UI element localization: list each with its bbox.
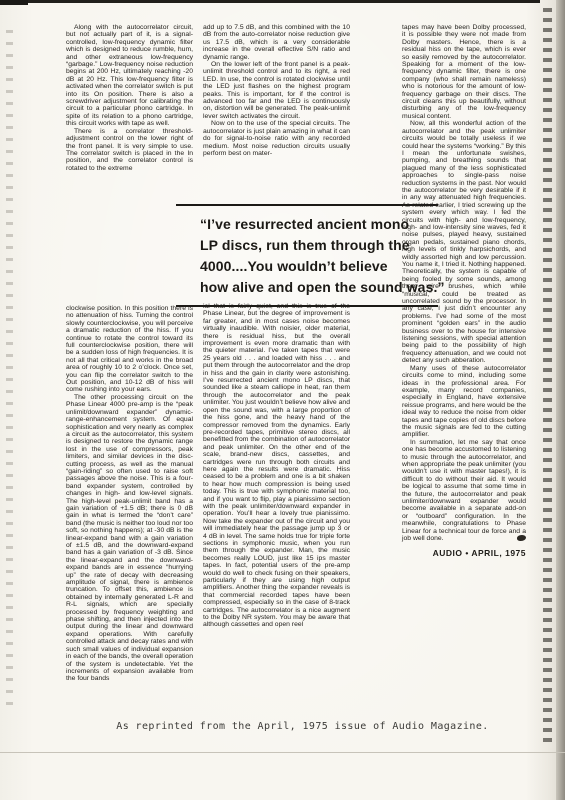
scan-right-edge-marks [543, 8, 552, 746]
paragraph: Now, all this wonderful action of the au… [402, 120, 526, 364]
scan-top-edge-line [0, 0, 540, 3]
paragraph: clockwise position. In this position the… [66, 305, 193, 394]
paragraph: Now on to the use of the special circuit… [203, 120, 350, 157]
scan-top-edge-blob [0, 0, 28, 5]
paragraph: In summation, let me say that once one h… [402, 439, 526, 543]
column-left-bottom: clockwise position. In this position the… [66, 305, 193, 719]
paragraph: Along with the autocorrelator circuit, b… [66, 24, 193, 128]
magazine-issue-footer: AUDIO • APRIL, 1975 [402, 550, 526, 557]
paragraph: ial that is fairly quiet, and this is tr… [203, 303, 350, 629]
scan-bottom-hairline [0, 752, 565, 753]
paragraph: On the lower left of the front panel is … [203, 61, 350, 120]
end-of-article-mark [517, 535, 526, 541]
column-right: tapes may have been Dolby processed, it … [402, 24, 526, 558]
paragraph: The other processing circuit on the Phas… [66, 394, 193, 683]
column-middle-bottom: ial that is fairly quiet, and this is tr… [203, 303, 350, 719]
magazine-page-scan: Along with the autocorrelator circuit, b… [0, 0, 565, 800]
column-left-top: Along with the autocorrelator circuit, b… [66, 24, 193, 196]
column-right-text: tapes may have been Dolby processed, it … [402, 24, 526, 542]
paragraph: tapes may have been Dolby processed, it … [402, 24, 526, 120]
pull-quote-text: “I’ve resurrected ancient monoLP discs, … [176, 206, 438, 305]
scan-left-edge-marks [6, 30, 13, 710]
pull-quote: “I’ve resurrected ancient monoLP discs, … [176, 204, 438, 307]
paragraph: add up to 7.5 dB, and this combined with… [203, 24, 350, 61]
reprint-caption: As reprinted from the April, 1975 issue … [0, 721, 565, 732]
paragraph: There is a correlator threshold-adjustme… [66, 128, 193, 172]
column-middle-top: add up to 7.5 dB, and this combined with… [203, 24, 350, 196]
scan-right-edge-strip [556, 0, 565, 800]
paragraph: Many uses of these autocorrelator circui… [402, 365, 526, 439]
